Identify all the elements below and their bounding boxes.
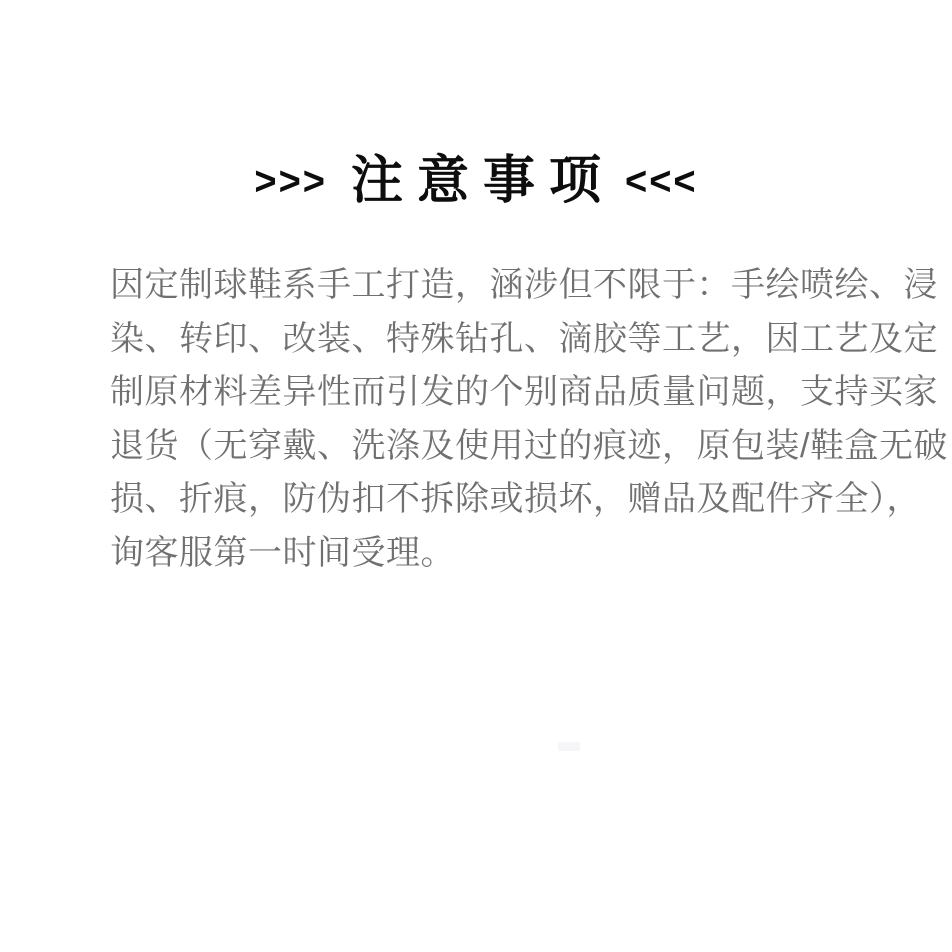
left-chevrons-icon: <<< — [625, 162, 698, 202]
notice-body-line: 询客服第一时间受理。 — [110, 527, 858, 581]
notice-body: 因定制球鞋系手工打造，涵涉但不限于：手绘喷绘、浸 染、转印、改装、特殊钻孔、滴胶… — [110, 259, 858, 580]
notice-page: >>> 注意事项 <<< 因定制球鞋系手工打造，涵涉但不限于：手绘喷绘、浸 染、… — [0, 0, 952, 952]
notice-body-line: 退货（无穿戴、洗涤及使用过的痕迹，原包装/鞋盒无破 — [110, 420, 858, 474]
faint-artifact-mark — [558, 742, 580, 751]
notice-body-line: 染、转印、改装、特殊钻孔、滴胶等工艺，因工艺及定 — [110, 313, 858, 367]
notice-body-line: 因定制球鞋系手工打造，涵涉但不限于：手绘喷绘、浸 — [110, 259, 858, 313]
page-title: 注意事项 — [351, 152, 615, 212]
notice-body-line: 制原材料差异性而引发的个别商品质量问题，支持买家 — [110, 366, 858, 420]
notice-body-line: 损、折痕，防伪扣不拆除或损坏，赠品及配件齐全）， — [110, 473, 858, 527]
notice-title: >>> 注意事项 <<< — [0, 152, 952, 212]
right-chevrons-icon: >>> — [254, 162, 327, 202]
